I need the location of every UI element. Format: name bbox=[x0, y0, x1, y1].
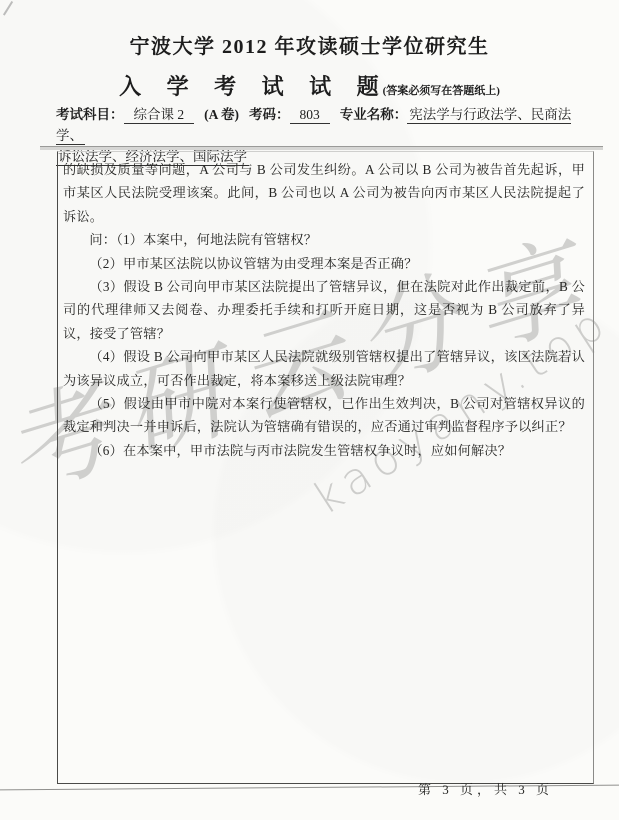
scanned-exam-page: 考研云分享 kaoyany.top 宁波大学 2012 年攻读硕士学位研究生 入… bbox=[0, 0, 619, 820]
question-2: （2）甲市某区法院以协议管辖为由受理本案是否正确？ bbox=[63, 252, 585, 275]
answer-sheet-note: (答案必须写在答题纸上) bbox=[383, 85, 500, 97]
code-label: 考码： bbox=[249, 107, 290, 122]
exam-title-line2-wrap: 入 学 考 试 试 题(答案必须写在答题纸上) bbox=[0, 70, 619, 101]
case-text-continuation: 的缺损及质量等问题，A 公司与 B 公司发生纠纷。A 公司以 B 公司为被告首先… bbox=[63, 158, 585, 228]
subject-value: 综合课 2 bbox=[124, 107, 195, 124]
question-3: （3）假设 B 公司向甲市某区法院提出了管辖异议，但在法院对此作出裁定前，B 公… bbox=[63, 275, 585, 345]
page-number: 第 3 页，共 3 页 bbox=[418, 779, 553, 798]
code-value: 803 bbox=[290, 107, 330, 124]
header-divider-rule bbox=[40, 146, 603, 150]
question-6: （6）在本案中，甲市法院与丙市法院发生管辖权争议时，应如何解决？ bbox=[63, 439, 585, 462]
major-label: 专业名称： bbox=[340, 107, 408, 122]
paper-type: (A 卷) bbox=[204, 107, 239, 122]
exam-title-line1: 宁波大学 2012 年攻读硕士学位研究生 bbox=[0, 30, 619, 59]
question-content-box: 的缺损及质量等问题，A 公司与 B 公司发生纠纷。A 公司以 B 公司为被告首先… bbox=[57, 151, 594, 784]
question-4: （4）假设 B 公司向甲市某区人民法院就级别管辖权提出了管辖异议，该区法院若认为… bbox=[63, 345, 585, 392]
subject-label: 考试科目： bbox=[56, 107, 124, 122]
question-1: 问：（1）本案中，何地法院有管辖权？ bbox=[63, 228, 585, 251]
exam-title-line2: 入 学 考 试 试 题 bbox=[119, 74, 389, 99]
pen-tick-mark bbox=[3, 1, 25, 23]
question-5: （5）假设由甲市中院对本案行使管辖权，已作出生效判决，B 公司对管辖权异议的裁定… bbox=[63, 392, 585, 439]
